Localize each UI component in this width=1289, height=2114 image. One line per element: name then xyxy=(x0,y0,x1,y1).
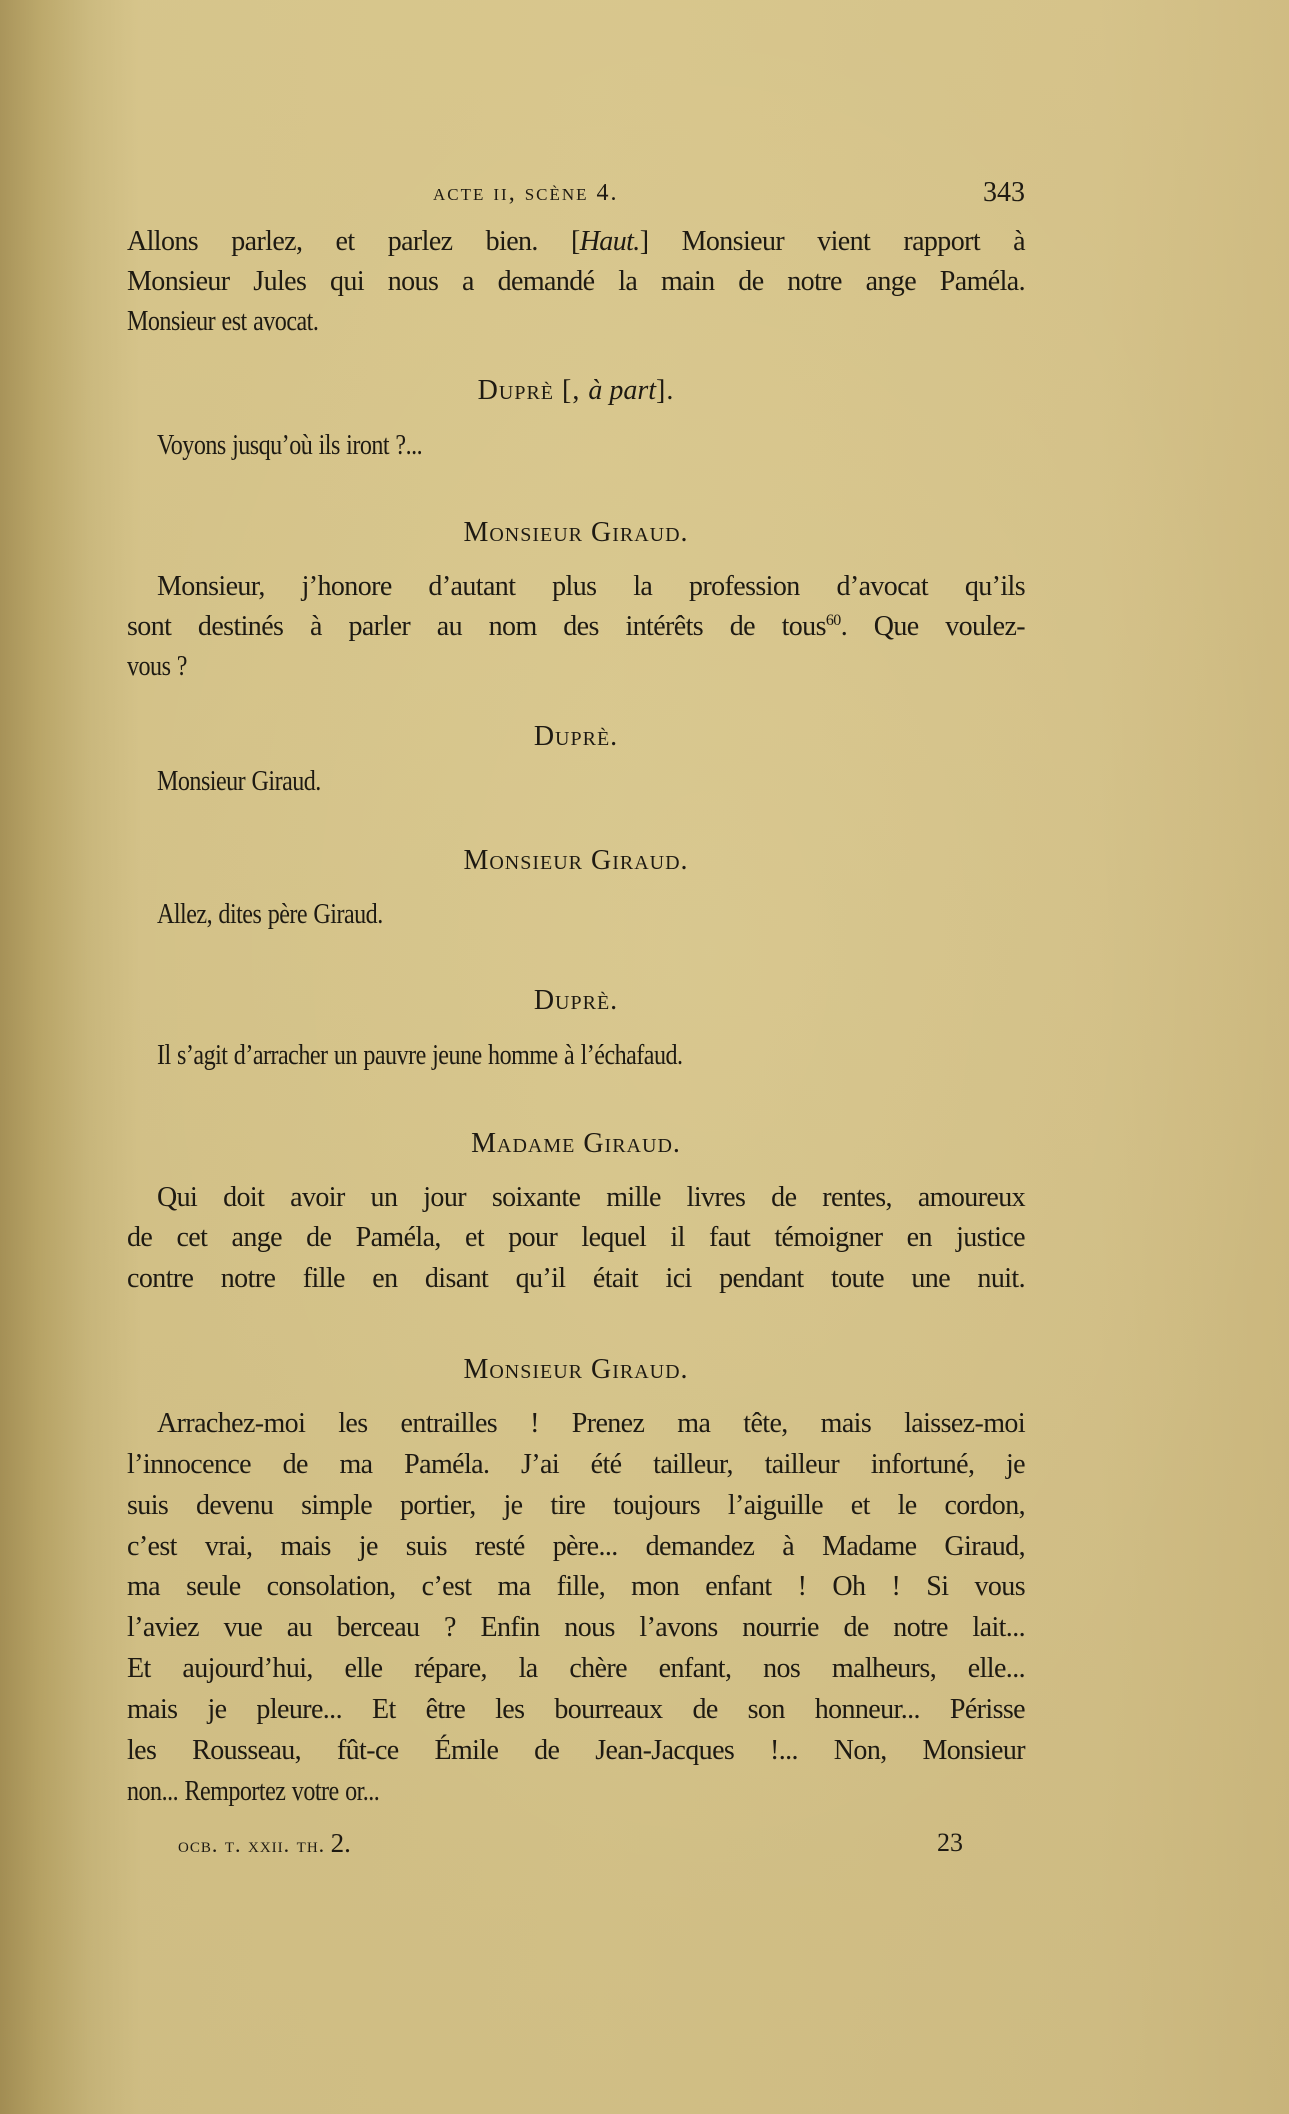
text-line: contre notre fille en disant qu’il était… xyxy=(127,1263,1025,1295)
text-line: Allons parlez, et parlez bien. [Haut.] M… xyxy=(127,226,1025,258)
text-line: suis devenu simple portier, je tire touj… xyxy=(127,1490,1025,1522)
text-line: ma seule consolation, c’est ma fille, mo… xyxy=(127,1571,1025,1603)
speaker-heading: Monsieur Giraud. xyxy=(127,1354,1025,1386)
speaker-heading: Madame Giraud. xyxy=(127,1128,1025,1160)
text-line: Monsieur Giraud. xyxy=(157,766,903,798)
page-number: 343 xyxy=(983,178,1025,208)
text-line: Allez, dites père Giraud. xyxy=(157,899,903,931)
speaker-heading: Monsieur Giraud. xyxy=(127,845,1025,877)
text-line: l’innocence de ma Paméla. J’ai été taill… xyxy=(127,1449,1025,1481)
text-line: Il s’agit d’arracher un pauvre jeune hom… xyxy=(157,1040,903,1072)
text-line: de cet ange de Paméla, et pour lequel il… xyxy=(127,1222,1025,1254)
speaker-heading: Duprè. xyxy=(127,721,1025,753)
signature-number: 2. xyxy=(331,1828,351,1858)
stage-direction: Haut. xyxy=(580,226,640,257)
footnote-reference: 60 xyxy=(826,612,841,629)
stage-direction: à part xyxy=(588,375,656,406)
text-line: Et aujourd’hui, elle répare, la chère en… xyxy=(127,1653,1025,1685)
text-line: non... Remportez votre or... xyxy=(127,1776,899,1808)
speaker-heading: Duprè. xyxy=(127,985,1025,1017)
text-line: Voyons jusqu’où ils iront ?... xyxy=(157,430,903,462)
speaker-heading: Duprè [, à part]. xyxy=(127,375,1025,407)
text-line: sont destinés à parler au nom des intérê… xyxy=(127,611,1025,643)
running-head-title: ACTE II, SCÈNE 4. xyxy=(433,178,619,208)
text-line: Qui doit avoir un jour soixante mille li… xyxy=(157,1182,1025,1214)
text-line: Monsieur est avocat. xyxy=(127,306,899,338)
text-line: vous ? xyxy=(127,651,899,683)
text-line: Monsieur, j’honore d’autant plus la prof… xyxy=(157,571,1025,603)
signature-footer: OCB. T. XXII. TH. 2. 23 xyxy=(178,1828,978,1860)
text-line: les Rousseau, fût-ce Émile de Jean-Jacqu… xyxy=(127,1735,1025,1767)
text-line: mais je pleure... Et être les bourreaux … xyxy=(127,1694,1025,1726)
text-line: Arrachez-moi les entrailles ! Prenez ma … xyxy=(157,1408,1025,1440)
speaker-heading: Monsieur Giraud. xyxy=(127,517,1025,549)
text-line: l’aviez vue au berceau ? Enfin nous l’av… xyxy=(127,1612,1025,1644)
signature-mark: OCB. T. XXII. TH. xyxy=(178,1832,325,1857)
text-line: c’est vrai, mais je suis resté père... d… xyxy=(127,1531,1025,1563)
text-line: Monsieur Jules qui nous a demandé la mai… xyxy=(127,266,1025,298)
sheet-number: 23 xyxy=(937,1828,963,1858)
